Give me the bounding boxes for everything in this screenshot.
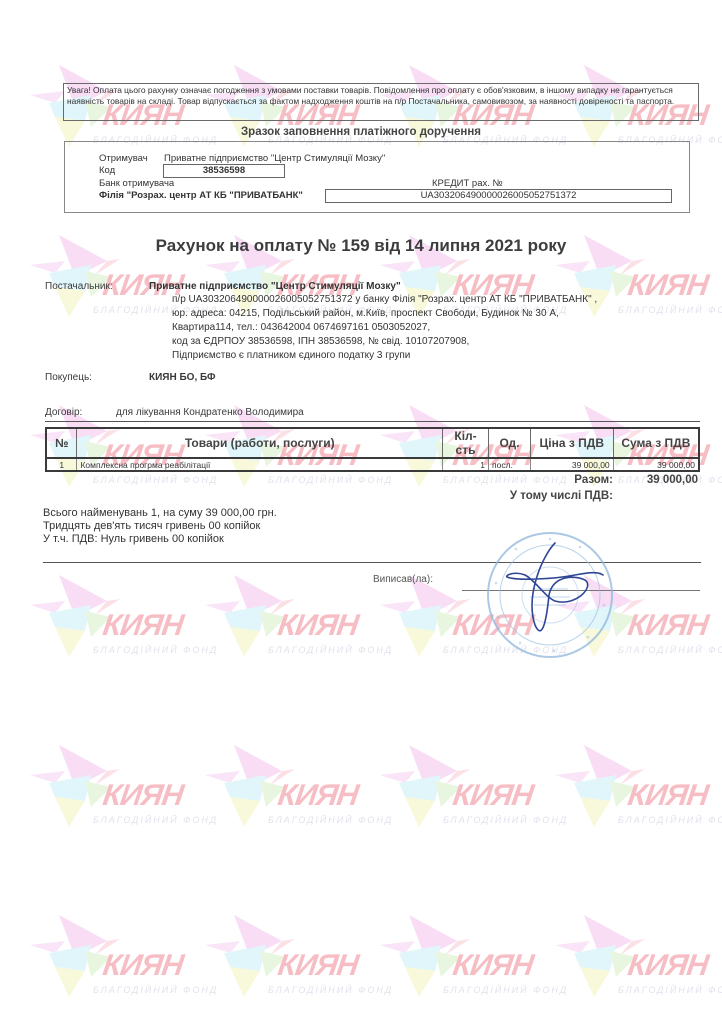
supplier-details: п/р UA303206490000026005052751372 у банк… [172, 293, 597, 363]
bank-label: Банк отримувача [99, 178, 174, 189]
col-header-price: Ціна з ПДВ [530, 428, 613, 458]
invoice-document: Увага! Оплата цього рахунку означає пого… [0, 0, 722, 1024]
contract-value: для лікування Кондратенко Володимира [116, 407, 304, 418]
credit-account-value: UA303206490000026005052751372 [325, 189, 672, 203]
supplier-tax-status: Підприємство є платником єдиного податку… [172, 349, 597, 363]
table-row: 1 Комплексна прогрма реабілітації 1 посл… [46, 458, 699, 471]
signature-icon [495, 535, 605, 645]
buyer-label: Покупець: [45, 372, 92, 383]
cell-goods: Комплексна прогрма реабілітації [77, 458, 443, 471]
signature-label: Виписав(ла): [373, 574, 433, 585]
vat-label: У тому числі ПДВ: [440, 490, 613, 502]
contract-label: Договір: [45, 407, 82, 418]
payment-sample-title: Зразок заповнення платіжного доручення [0, 126, 722, 138]
supplier-account: п/р UA303206490000026005052751372 у банк… [172, 293, 597, 307]
total-value: 39 000,00 [610, 474, 698, 486]
recipient-value: Приватне підприємство "Центр Стимуляції … [164, 153, 385, 164]
credit-label: КРЕДИТ рах. № [432, 178, 503, 189]
col-header-goods: Товари (работи, послуги) [77, 428, 443, 458]
code-value: 38536598 [163, 164, 285, 178]
table-header-row: № Товари (работи, послуги) Кіл-сть Од. Ц… [46, 428, 699, 458]
col-header-qty: Кіл-сть [443, 428, 489, 458]
col-header-number: № [46, 428, 77, 458]
cell-sum: 39 000,00 [613, 458, 699, 471]
amount-summary: Всього найменувань 1, на суму 39 000,00 … [43, 507, 277, 546]
recipient-label: Отримувач [99, 153, 148, 164]
supplier-codes: код за ЄДРПОУ 38536598, ІПН 38536598, № … [172, 335, 597, 349]
total-label: Разом: [470, 474, 613, 486]
code-label: Код [99, 165, 115, 176]
warning-notice: Увага! Оплата цього рахунку означає пого… [63, 83, 699, 121]
buyer-value: КИЯН БО, БФ [149, 372, 216, 383]
items-table: № Товари (работи, послуги) Кіл-сть Од. Ц… [45, 427, 700, 472]
supplier-name: Приватне підприємство "Центр Стимуляції … [149, 280, 401, 294]
cell-number: 1 [46, 458, 77, 471]
supplier-phones: Квартира114, тел.: 043642004 0674697161 … [172, 321, 597, 335]
summary-amount-words: Тридцять дев'ять тисяч гривень 00 копійо… [43, 520, 277, 533]
col-header-unit: Од. [488, 428, 530, 458]
bank-value: Філія "Розрах. центр АТ КБ "ПРИВАТБАНК" [99, 190, 303, 201]
cell-unit: посл. [488, 458, 530, 471]
invoice-title: Рахунок на оплату № 159 від 14 липня 202… [0, 236, 722, 256]
summary-vat-words: У т.ч. ПДВ: Нуль гривень 00 копійок [43, 533, 277, 546]
cell-price: 39 000,00 [530, 458, 613, 471]
summary-items-count: Всього найменувань 1, на суму 39 000,00 … [43, 507, 277, 520]
cell-qty: 1 [443, 458, 489, 471]
contract-rule [45, 421, 700, 422]
supplier-label: Постачальник: [45, 281, 113, 292]
col-header-sum: Сума з ПДВ [613, 428, 699, 458]
supplier-address: юр. адреса: 04215, Подільський район, м.… [172, 307, 597, 321]
